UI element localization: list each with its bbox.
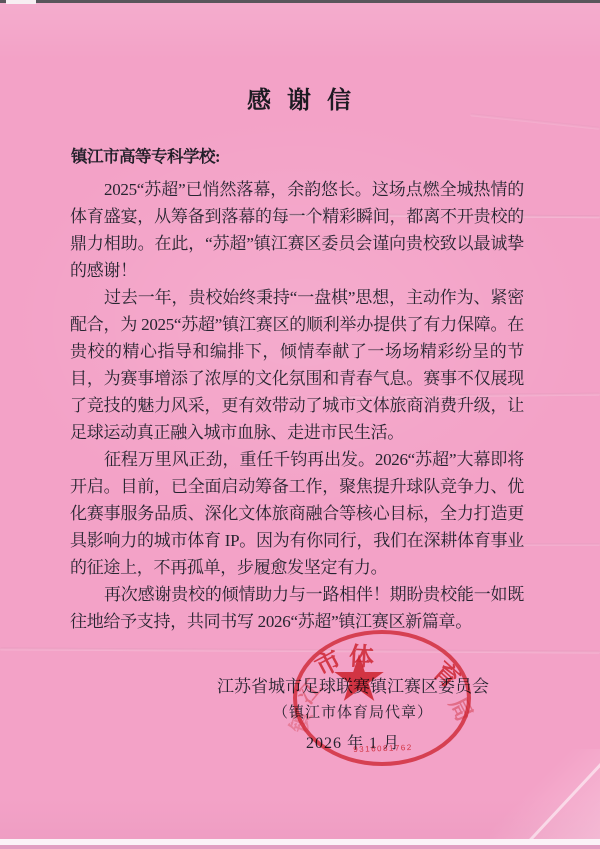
letter-body: 2025“苏超”已悄然落幕，余韵悠长。这场点燃全城热情的体育盛宴，从筹备到落幕的… (70, 176, 524, 635)
scan-edge-bottom-pink (0, 845, 600, 849)
letter-title: 感 谢 信 (0, 80, 600, 115)
letter-salutation: 镇江市高等专科学校: (71, 143, 220, 167)
signature-seal-note: （镇江市体育局代章） (153, 701, 553, 722)
letter-paragraph-4: 再次感谢贵校的倾情助力与一路相伴！期盼贵校能一如既往地给予支持，共同书写 202… (70, 581, 524, 635)
letter-paragraph-2: 过去一年，贵校始终秉持“一盘棋”思想，主动作为、紧密配合，为 2025“苏超”镇… (70, 284, 524, 446)
letter-paragraph-3: 征程万里风正劲，重任千钧再出发。2026“苏超”大幕即将开启。目前，已全面启动筹… (70, 446, 524, 581)
scan-edge-top (0, 0, 600, 3)
signature-date: 2026 年 1 月 (153, 730, 553, 753)
scan-edge-top-corner (6, 0, 36, 4)
scanned-letter-page: 感 谢 信 镇江市高等专科学校: 2025“苏超”已悄然落幕，余韵悠长。这场点燃… (0, 0, 600, 849)
signature-organization: 江苏省城市足球联赛镇江赛区委员会 (153, 672, 553, 697)
letter-paragraph-1: 2025“苏超”已悄然落幕，余韵悠长。这场点燃全城热情的体育盛宴，从筹备到落幕的… (70, 176, 524, 284)
